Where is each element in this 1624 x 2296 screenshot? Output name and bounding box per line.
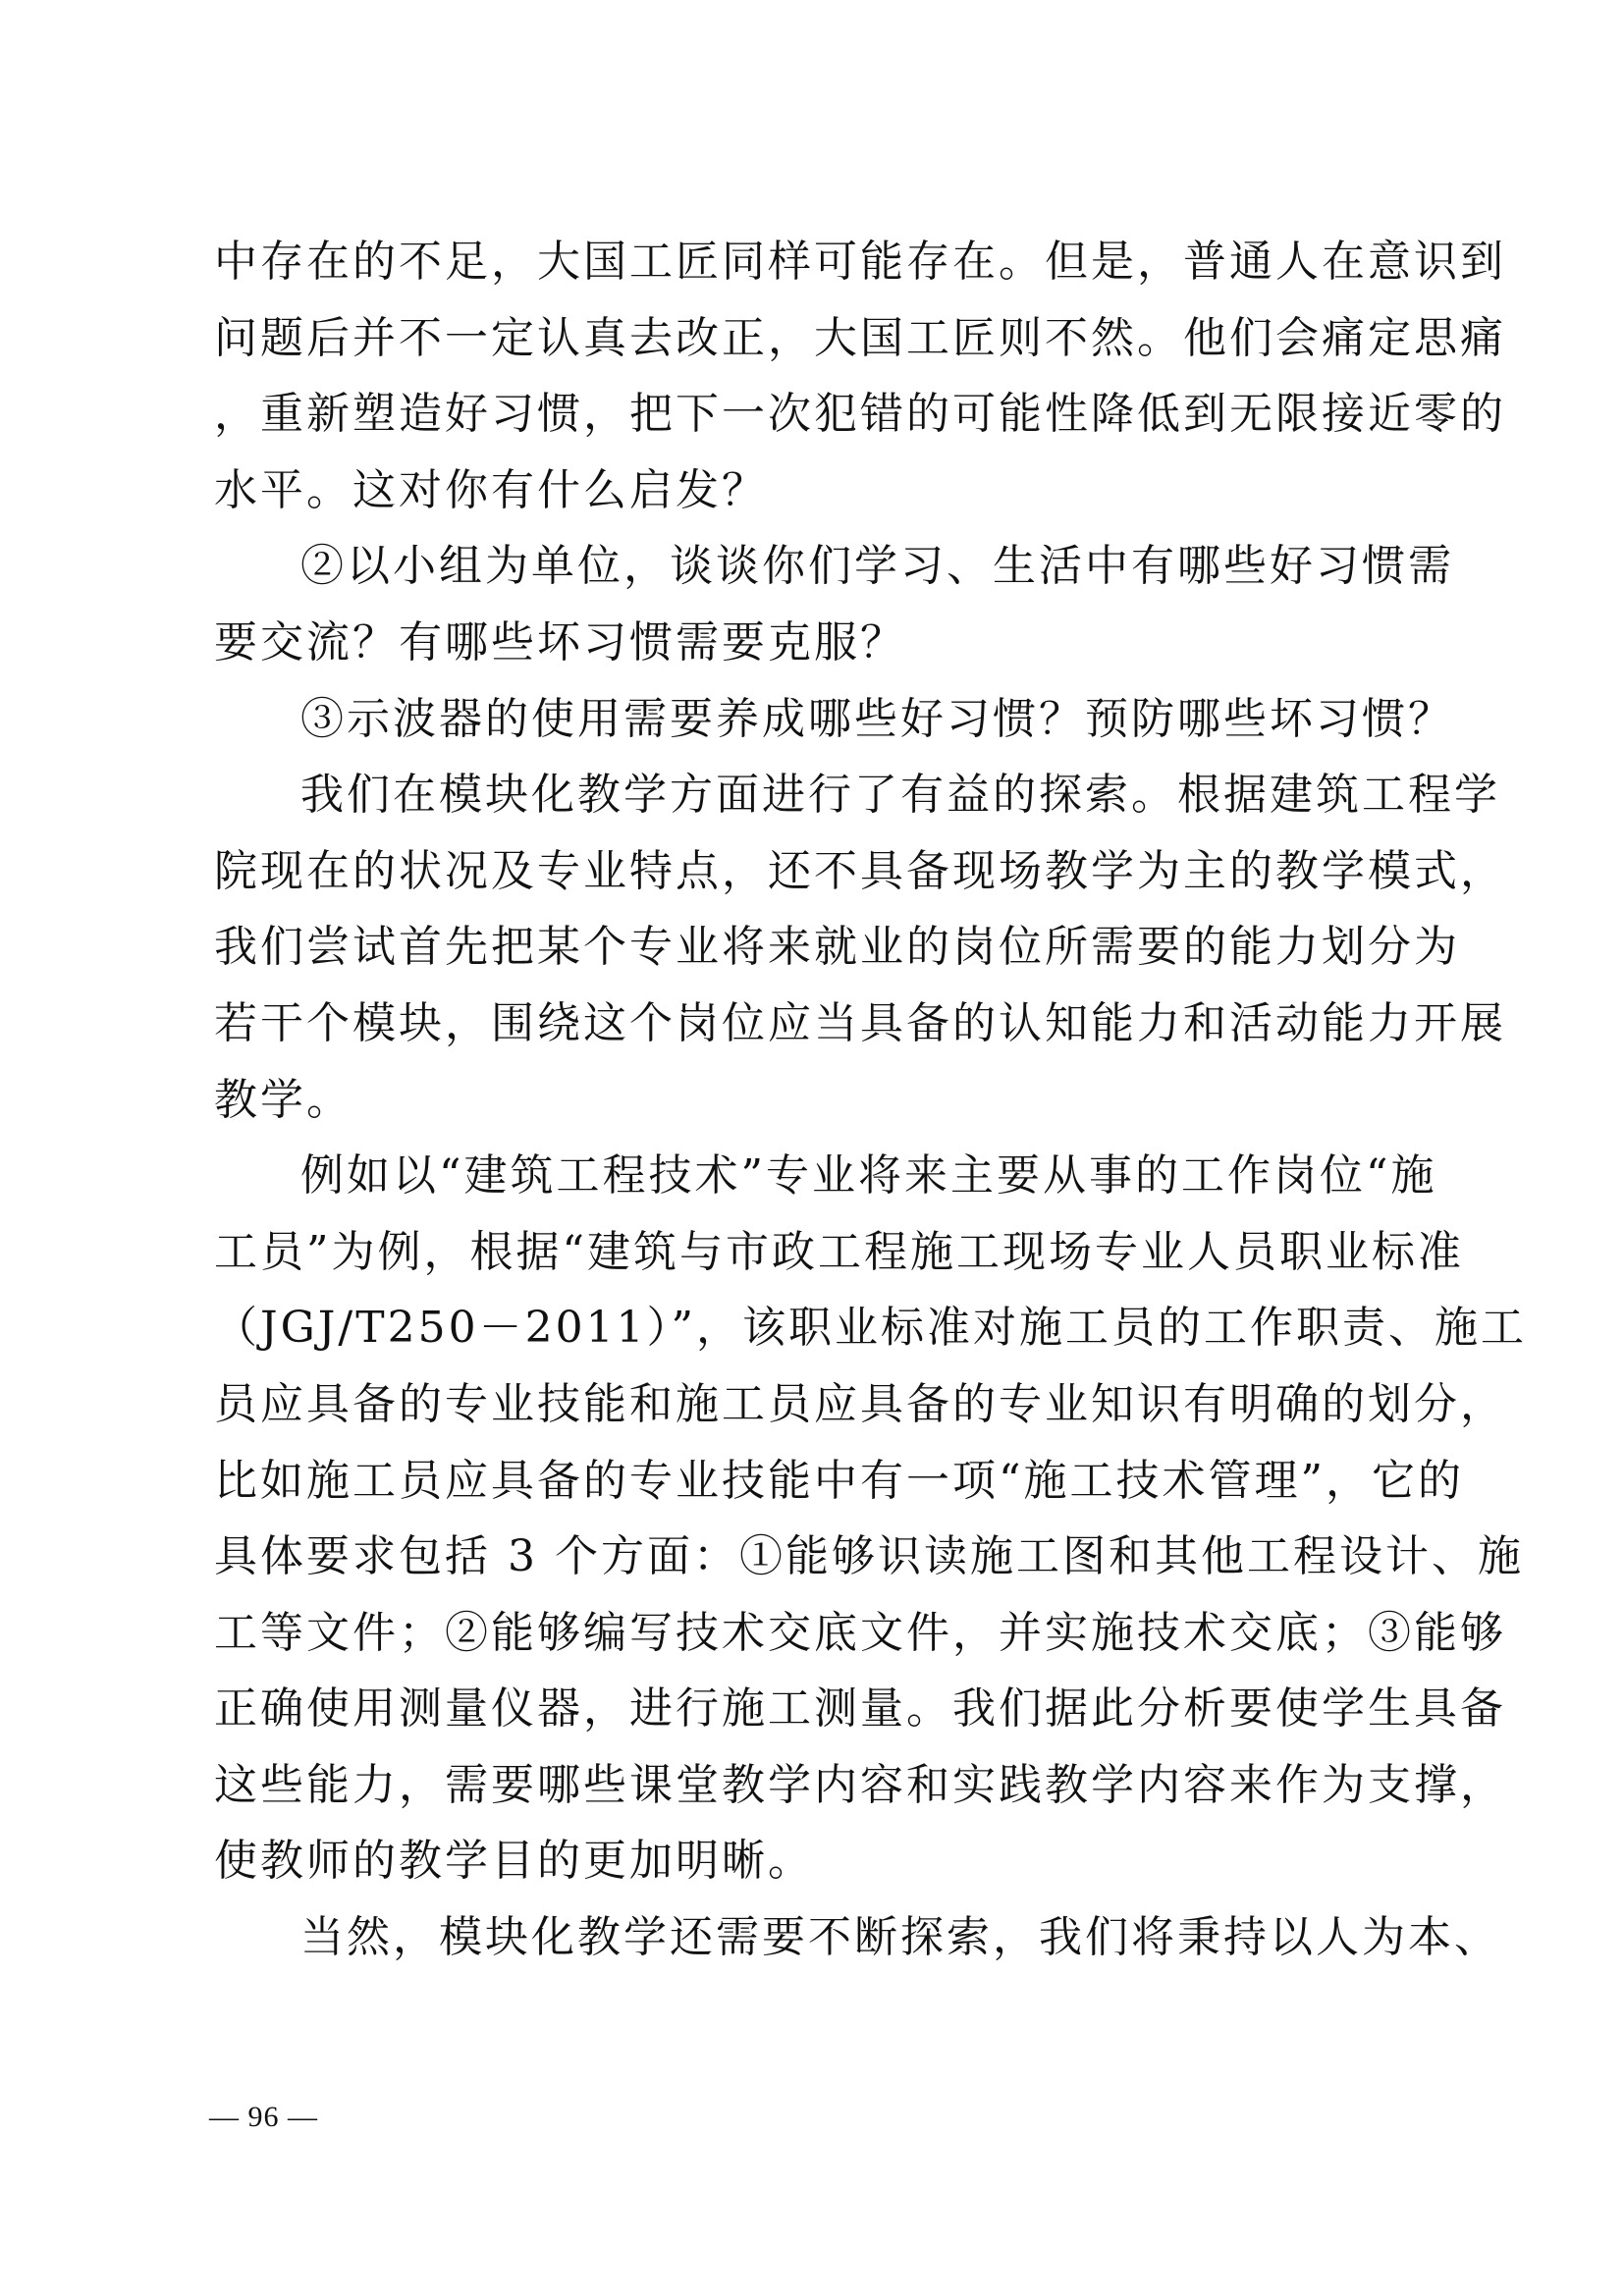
- text-line: 工等文件；②能够编写技术交底文件，并实施技术交底；③能够: [214, 1595, 1424, 1672]
- text-line: （JGJ/T250－2011）”，该职业标准对施工员的工作职责、施工: [214, 1290, 1424, 1366]
- paragraph-1: 中存在的不足，大国工匠同样可能存在。但是，普通人在意识到 问题后并不一定认真去改…: [214, 224, 1424, 528]
- text-line: 员应具备的专业技能和施工员应具备的专业知识有明确的划分，: [214, 1366, 1424, 1443]
- document-page: 中存在的不足，大国工匠同样可能存在。但是，普通人在意识到 问题后并不一定认真去改…: [0, 0, 1624, 2296]
- text-line: 使教师的教学目的更加明晰。: [214, 1823, 1424, 1899]
- body-text: 中存在的不足，大国工匠同样可能存在。但是，普通人在意识到 问题后并不一定认真去改…: [214, 224, 1424, 1976]
- paragraph-4: 我们在模块化教学方面进行了有益的探索。根据建筑工程学 院现在的状况及专业特点，还…: [214, 757, 1424, 1138]
- text-line: ③示波器的使用需要养成哪些好习惯？预防哪些坏习惯？: [214, 681, 1424, 758]
- text-line: 工员”为例，根据“建筑与市政工程施工现场专业人员职业标准: [214, 1214, 1424, 1291]
- paragraph-6: 当然，模块化教学还需要不断探索，我们将秉持以人为本、: [214, 1899, 1424, 1976]
- paragraph-3: ③示波器的使用需要养成哪些好习惯？预防哪些坏习惯？: [214, 681, 1424, 758]
- paragraph-2: ②以小组为单位，谈谈你们学习、生活中有哪些好习惯需 要交流？有哪些坏习惯需要克服…: [214, 528, 1424, 680]
- text-line: 这些能力，需要哪些课堂教学内容和实践教学内容来作为支撑，: [214, 1747, 1424, 1824]
- text-line: 我们在模块化教学方面进行了有益的探索。根据建筑工程学: [214, 757, 1424, 833]
- text-line: 问题后并不一定认真去改正，大国工匠则不然。他们会痛定思痛: [214, 300, 1424, 377]
- text-line: 要交流？有哪些坏习惯需要克服？: [214, 605, 1424, 681]
- text-line: ，重新塑造好习惯，把下一次犯错的可能性降低到无限接近零的: [214, 376, 1424, 453]
- text-line: 水平。这对你有什么启发？: [214, 453, 1424, 529]
- text-line: 当然，模块化教学还需要不断探索，我们将秉持以人为本、: [214, 1899, 1424, 1976]
- text-line: 教学。: [214, 1062, 1424, 1139]
- paragraph-5: 例如以“建筑工程技术”专业将来主要从事的工作岗位“施 工员”为例，根据“建筑与市…: [214, 1138, 1424, 1899]
- text-line: 若干个模块，围绕这个岗位应当具备的认知能力和活动能力开展: [214, 986, 1424, 1062]
- text-line: 我们尝试首先把某个专业将来就业的岗位所需要的能力划分为: [214, 909, 1424, 986]
- text-line: 院现在的状况及专业特点，还不具备现场教学为主的教学模式，: [214, 833, 1424, 910]
- text-line: 例如以“建筑工程技术”专业将来主要从事的工作岗位“施: [214, 1138, 1424, 1214]
- text-line: 正确使用测量仪器，进行施工测量。我们据此分析要使学生具备: [214, 1671, 1424, 1747]
- text-line: 比如施工员应具备的专业技能中有一项“施工技术管理”，它的: [214, 1443, 1424, 1520]
- page-number: — 96 —: [209, 2101, 318, 2134]
- text-line: 具体要求包括 3 个方面：①能够识读施工图和其他工程设计、施: [214, 1519, 1424, 1595]
- text-line: ②以小组为单位，谈谈你们学习、生活中有哪些好习惯需: [214, 528, 1424, 605]
- text-line: 中存在的不足，大国工匠同样可能存在。但是，普通人在意识到: [214, 224, 1424, 300]
